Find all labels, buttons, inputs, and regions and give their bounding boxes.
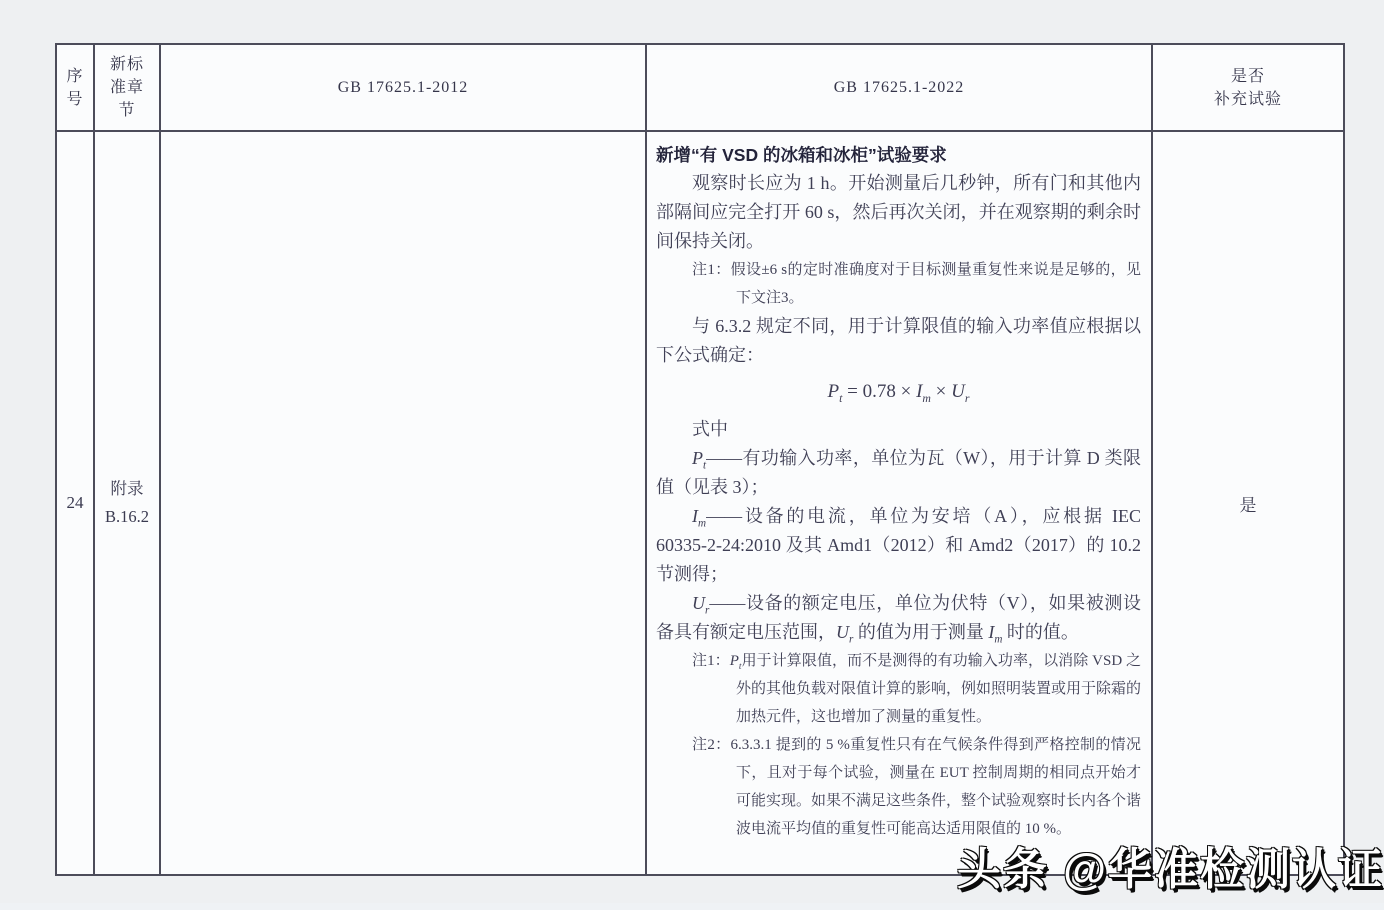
row-supplement-value: 是 (1240, 491, 1257, 516)
row-new-standard-cell: 新增“有 VSD 的冰箱和冰柜”试验要求 观察时长应为 1 h。开始测量后几秒钟… (647, 132, 1153, 874)
row-old-standard-cell (161, 132, 647, 874)
header-supplement-line2: 补充试验 (1214, 88, 1282, 111)
header-label-old-standard: GB 17625.1-2012 (338, 76, 469, 99)
note-2: 注2：6.3.3.1 提到的 5 %重复性只有在气候条件得到严格控制的情况下，且… (656, 731, 1141, 843)
limit-calculation-paragraph: 与 6.3.2 规定不同，用于计算限值的输入功率值应根据以下公式确定： (656, 312, 1141, 370)
row-chapter-line1: 附录 (111, 475, 144, 503)
row-chapter-line2: B.16.2 (105, 503, 149, 531)
comparison-table: 序号 新标准章节 GB 17625.1-2012 GB 17625.1-2022… (55, 43, 1345, 876)
header-label-supplement: 是否 补充试验 (1214, 65, 1282, 111)
watermark-text: 头条 @华准检测认证 (957, 833, 1384, 897)
row-seq-value: 24 (67, 493, 84, 513)
header-cell-new-standard: GB 17625.1-2022 (647, 45, 1153, 132)
definition-p: Pt——有功输入功率，单位为瓦（W），用于计算 D 类限值（见表 3）； (656, 444, 1141, 502)
new-requirement-heading: 新增“有 VSD 的冰箱和冰柜”试验要求 (656, 141, 1141, 169)
observation-paragraph: 观察时长应为 1 h。开始测量后几秒钟，所有门和其他内部隔间应完全打开 60 s… (656, 169, 1141, 256)
note-1-bottom: 注1：Pt用于计算限值，而不是测得的有功输入功率，以消除 VSD 之外的其他负载… (656, 647, 1141, 731)
row-seq-cell: 24 (57, 132, 95, 874)
header-supplement-line1: 是否 (1214, 65, 1282, 88)
header-label-chapter: 新标准章节 (109, 53, 145, 122)
bottom-scan-band (0, 903, 1384, 910)
header-cell-seq: 序号 (57, 45, 95, 132)
note-1-top: 注1：假设±6 s的定时准确度对于目标测量重复性来说是足够的，见下文注3。 (656, 256, 1141, 312)
where-label: 式中 (656, 415, 1141, 444)
definition-i: Im——设备的电流，单位为安培（A），应根据 IEC 60335-2-24:20… (656, 502, 1141, 589)
header-cell-old-standard: GB 17625.1-2012 (161, 45, 647, 132)
header-cell-supplement: 是否 补充试验 (1153, 45, 1343, 132)
row-supplement-cell: 是 (1153, 132, 1343, 874)
power-formula: Pt = 0.78 × Im × Ur (656, 377, 1141, 406)
header-cell-chapter: 新标准章节 (95, 45, 161, 132)
header-label-new-standard: GB 17625.1-2022 (834, 76, 965, 99)
header-label-seq: 序号 (65, 65, 85, 111)
definition-u: Ur——设备的额定电压，单位为伏特（V），如果被测设备具有额定电压范围，Ur 的… (656, 589, 1141, 647)
row-chapter-cell: 附录 B.16.2 (95, 132, 161, 874)
